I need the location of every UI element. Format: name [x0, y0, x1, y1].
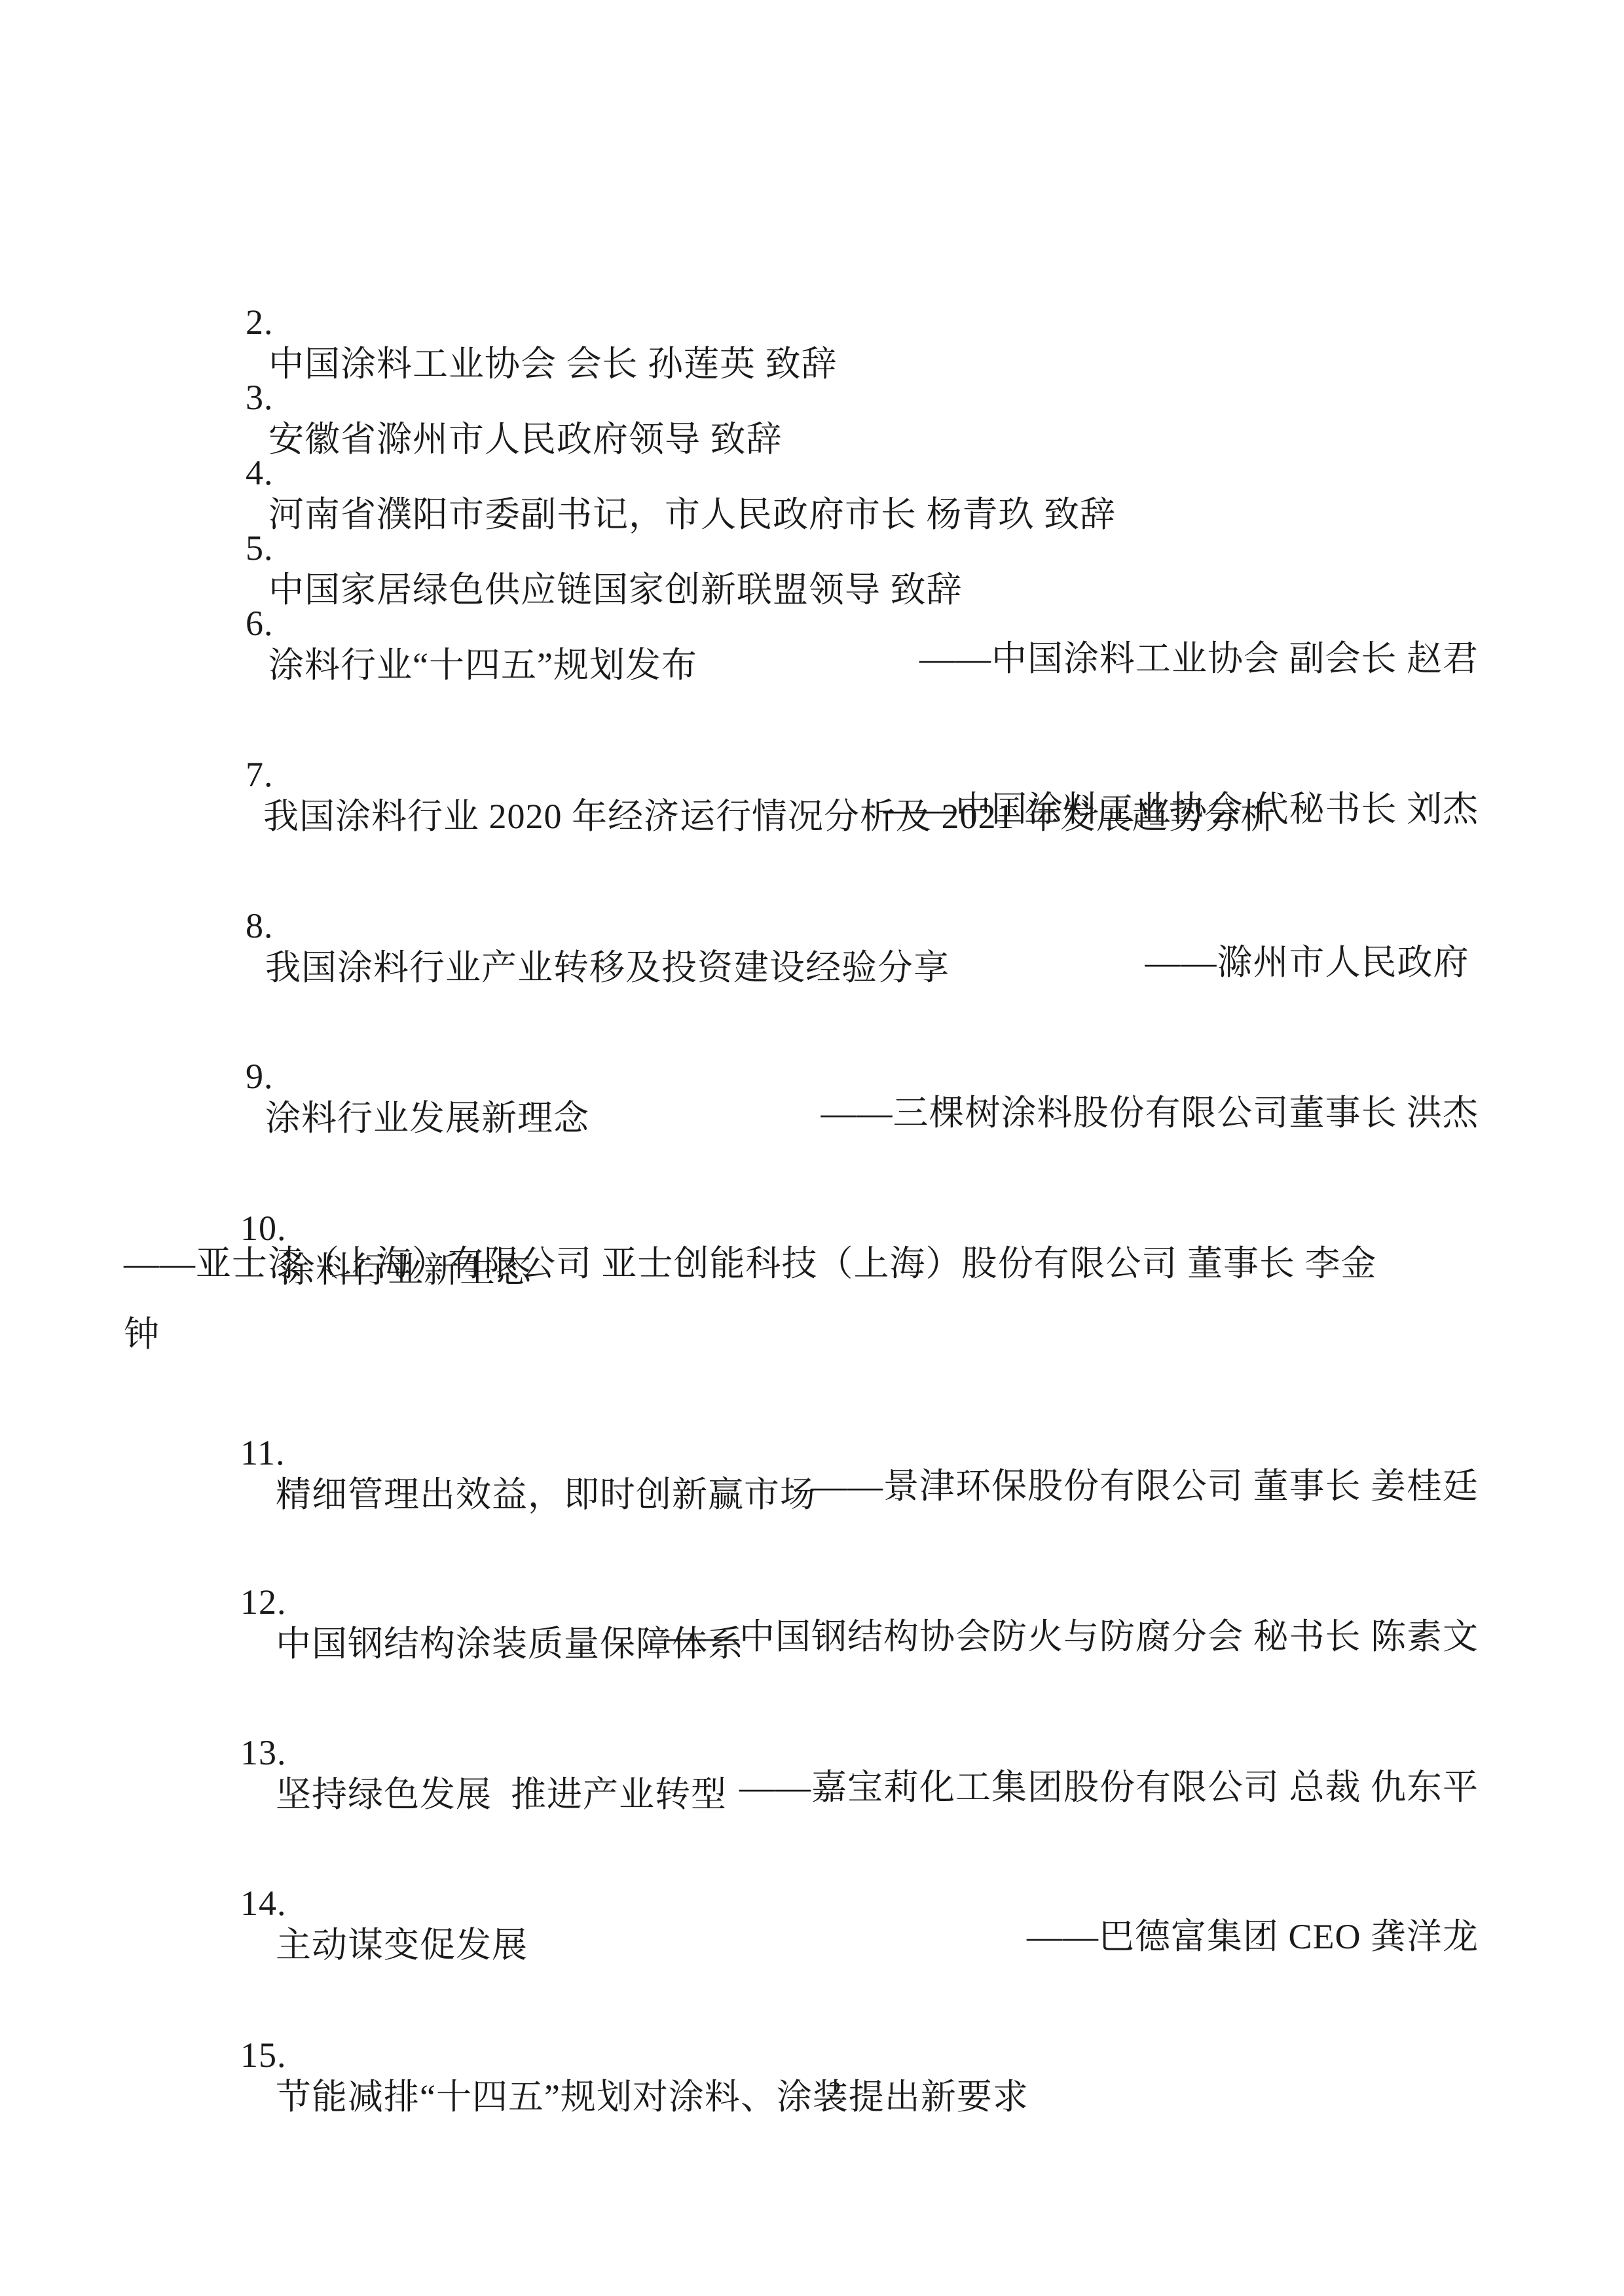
- speaker-attribution-10: ——亚士漆（上海）有限公司 亚士创能科技（上海）股份有限公司 董事长 李金: [124, 1243, 1377, 1285]
- speaker-attribution-10-continued: 钟: [124, 1313, 160, 1355]
- agenda-item-15: 15. 节能减排“十四五”规划对涂料、涂装提出新要求: [202, 1992, 287, 2160]
- item-text: 节能减排“十四五”规划对涂料、涂装提出新要求: [276, 2076, 1029, 2118]
- speaker-attribution-12: ——中国钢结构协会防火与防腐分会 秘书长 陈素文: [667, 1616, 1479, 1658]
- item-text: 安徽省滁州市人民政府领导 致辞: [268, 418, 783, 460]
- item-number: 12.: [240, 1582, 287, 1622]
- item-number: 15.: [240, 2035, 287, 2075]
- item-text: 涂料行业发展新理念: [265, 1097, 589, 1139]
- page-number: 2: [828, 2075, 841, 2107]
- item-number: 14.: [240, 1884, 287, 1923]
- item-text: 我国涂料行业产业转移及投资建设经验分享: [265, 947, 950, 989]
- item-text: 坚持绿色发展 推进产业转型: [276, 1774, 727, 1815]
- item-number: 13.: [240, 1733, 287, 1772]
- item-text: 中国家居绿色供应链国家创新联盟领导 致辞: [268, 569, 963, 611]
- agenda-item-14: 14. 主动谋变促发展: [202, 1840, 287, 2008]
- speaker-attribution-8: ——滁州市人民政府: [1145, 941, 1479, 983]
- item-text: 主动谋变促发展: [276, 1924, 528, 1966]
- agenda-item-13: 13. 坚持绿色发展 推进产业转型: [202, 1690, 287, 1857]
- item-number: 10.: [240, 1209, 287, 1248]
- agenda-item-8: 8. 我国涂料行业产业转移及投资建设经验分享: [208, 863, 274, 1030]
- item-number: 6.: [246, 604, 274, 643]
- speaker-attribution-13: ——嘉宝莉化工集团股份有限公司 总裁 仇东平: [739, 1766, 1479, 1808]
- item-text: 精细管理出效益，即时创新赢市场: [276, 1474, 816, 1516]
- item-number: 11.: [240, 1433, 286, 1472]
- speaker-attribution-9: ——三棵树涂料股份有限公司董事长 洪杰: [821, 1092, 1479, 1134]
- agenda-item-11: 11. 精细管理出效益，即时创新赢市场: [202, 1390, 286, 1558]
- speaker-attribution-7: ——中国涂料工业协会 代秘书长 刘杰: [883, 788, 1479, 830]
- speaker-attribution-6: ——中国涂料工业协会 副会长 赵君: [919, 638, 1479, 680]
- item-number: 8.: [246, 906, 274, 945]
- item-number: 9.: [246, 1057, 274, 1096]
- speaker-attribution-14: ——巴德富集团 CEO 龚洋龙: [1027, 1916, 1479, 1958]
- item-number: 7.: [246, 755, 274, 794]
- item-text: 中国涂料工业协会 会长 孙莲英 致辞: [268, 343, 838, 385]
- agenda-item-6: 6. 涂料行业“十四五”规划发布: [208, 560, 274, 728]
- item-text: 涂料行业“十四五”规划发布: [268, 644, 697, 686]
- agenda-item-7: 7. 我国涂料行业 2020 年经济运行情况分析及 2021 年发展趋势分析: [208, 712, 274, 879]
- agenda-item-12: 12. 中国钢结构涂装质量保障体系: [202, 1539, 287, 1707]
- item-text: 河南省濮阳市委副书记，市人民政府市长 杨青玖 致辞: [268, 494, 1116, 536]
- document-page: 2. 中国涂料工业协会 会长 孙莲英 致辞 3. 安徽省滁州市人民政府领导 致辞…: [0, 0, 1624, 2296]
- agenda-item-9: 9. 涂料行业发展新理念: [208, 1013, 274, 1181]
- speaker-attribution-11: ——景津环保股份有限公司 董事长 姜桂廷: [811, 1465, 1479, 1507]
